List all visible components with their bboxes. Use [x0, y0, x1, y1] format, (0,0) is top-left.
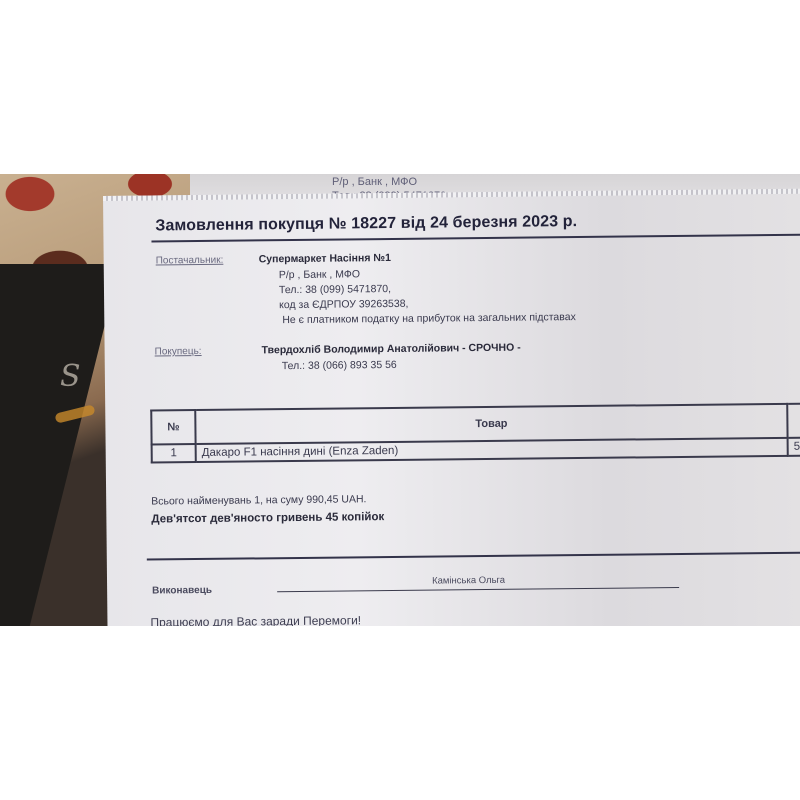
executor-label: Виконавець: [152, 585, 212, 597]
footer-slogan: Працюємо для Вас заради Перемоги!: [150, 613, 361, 626]
lower-divider: [147, 551, 800, 560]
header-quantity: [787, 403, 800, 438]
supplier-tax-note: Не є платником податку на прибуток на за…: [282, 311, 576, 326]
amount-in-words: Дев'ятсот дев'яносто гривень 45 копійок: [151, 511, 384, 525]
supplier-name: Супермаркет Насіння №1: [259, 252, 391, 265]
back-sheet-bank: Р/р , Банк , МФО: [332, 176, 417, 188]
header-number: №: [151, 410, 195, 444]
buyer-name: Твердохліб Володимир Анатолійович - СРОЧ…: [262, 342, 521, 357]
buyer-label: Покупець:: [155, 346, 202, 357]
title-divider: [151, 233, 800, 242]
buyer-phone: Тел.: 38 (066) 893 35 56: [282, 359, 397, 372]
supplier-bank: Р/р , Банк , МФО: [279, 268, 360, 281]
row-number: 1: [152, 444, 196, 462]
supplier-phone: Тел.: 38 (099) 5471870,: [279, 283, 391, 296]
supplier-edrpou: код за ЄДРПОУ 39263538,: [279, 298, 408, 311]
document-photo: S Р/р , Банк , МФО Тел.: 38 (099) 547187…: [0, 174, 800, 626]
order-sheet: Замовлення покупця № 18227 від 24 березн…: [103, 188, 800, 626]
executor-name: Камінська Ольга: [432, 575, 505, 587]
items-table: № Товар 1 Дакаро F1 насіння дині (Enza Z…: [150, 402, 800, 463]
row-quantity: 500 н: [788, 437, 800, 456]
fabric-print: S: [60, 359, 81, 394]
signature-line: [277, 587, 679, 592]
totals-summary: Всього найменувань 1, на суму 990,45 UAH…: [151, 493, 366, 507]
supplier-label: Постачальник:: [156, 255, 224, 267]
order-title: Замовлення покупця № 18227 від 24 березн…: [155, 213, 577, 235]
